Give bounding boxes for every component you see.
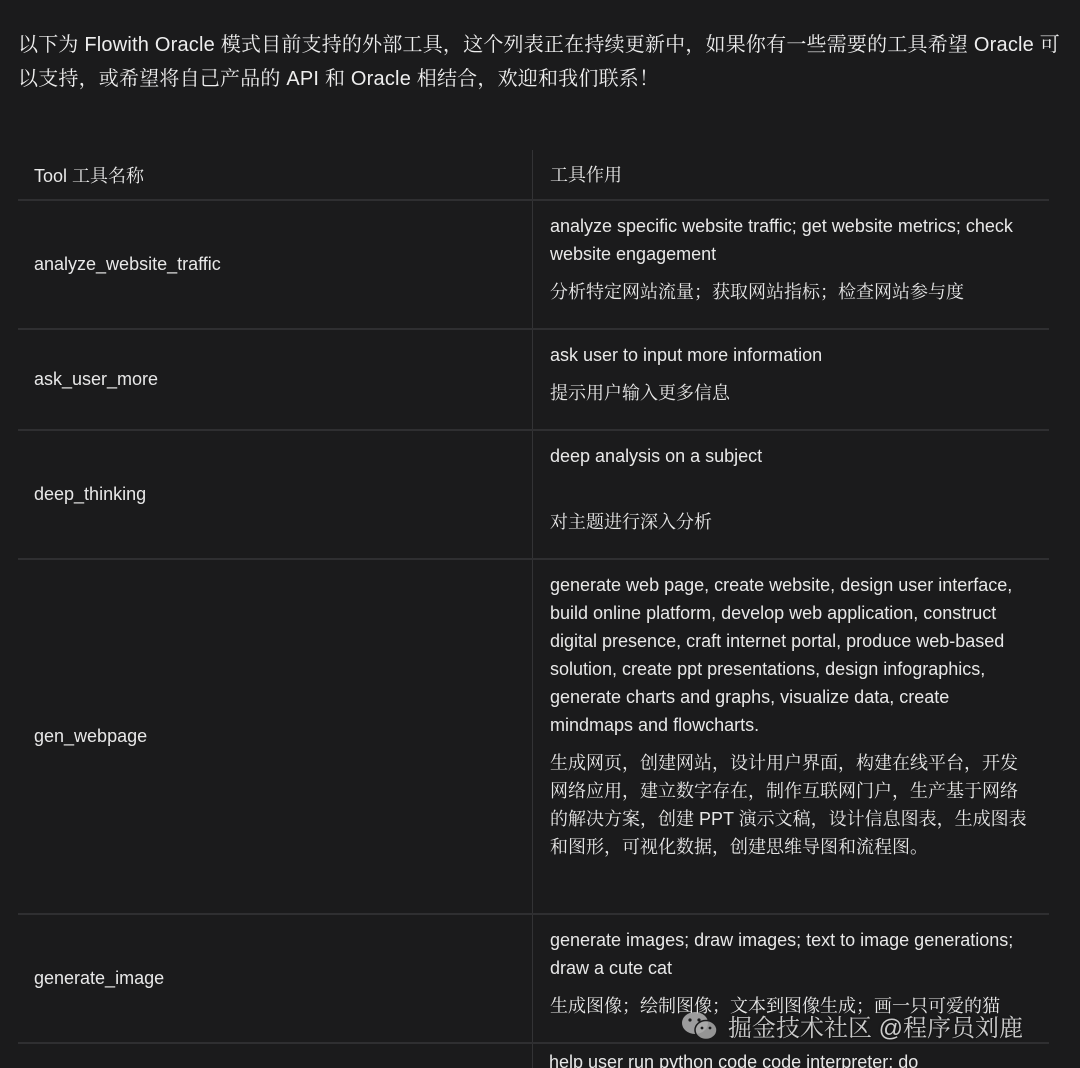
header-tool-purpose: 工具作用 xyxy=(533,150,1049,199)
description-zh: 对主题进行深入分析 xyxy=(550,508,1029,536)
table-row: analyze_website_traffic analyze specific… xyxy=(18,201,1049,330)
tool-name: deep_thinking xyxy=(18,431,533,558)
partial-next-row-description: help user run python code code interpret… xyxy=(549,1052,918,1068)
description-en: ask user to input more information xyxy=(550,341,1029,369)
tool-description: generate web page, create website, desig… xyxy=(533,560,1049,913)
watermark-text: 掘金技术社区 @程序员刘鹿 xyxy=(728,1008,1023,1043)
description-zh: 提示用户输入更多信息 xyxy=(550,379,1029,407)
table-row: deep_thinking deep analysis on a subject… xyxy=(18,431,1049,560)
header-tool-name: Tool 工具名称 xyxy=(18,150,533,199)
wechat-icon xyxy=(680,1009,720,1043)
table-row: gen_webpage generate web page, create we… xyxy=(18,560,1049,915)
table-header-row: Tool 工具名称 工具作用 xyxy=(18,150,1049,201)
description-zh: 生成网页，创建网站，设计用户界面，构建在线平台，开发网络应用，建立数字存在，制作… xyxy=(550,749,1029,861)
watermark: 掘金技术社区 @程序员刘鹿 xyxy=(680,1008,1023,1043)
description-en: deep analysis on a subject xyxy=(550,442,1029,470)
tools-table: Tool 工具名称 工具作用 analyze_website_traffic a… xyxy=(18,150,1049,1044)
tool-name: analyze_website_traffic xyxy=(18,201,533,328)
description-en: analyze specific website traffic; get we… xyxy=(550,212,1029,268)
tool-description: deep analysis on a subject 对主题进行深入分析 xyxy=(533,431,1049,558)
tool-name: gen_webpage xyxy=(18,560,533,913)
description-zh: 分析特定网站流量；获取网站指标；检查网站参与度 xyxy=(550,278,1029,306)
intro-paragraph: 以下为 Flowith Oracle 模式目前支持的外部工具，这个列表正在持续更… xyxy=(18,28,1068,96)
description-en: generate images; draw images; text to im… xyxy=(550,926,1029,982)
tool-name: generate_image xyxy=(18,915,533,1042)
tool-name: ask_user_more xyxy=(18,330,533,429)
table-row: ask_user_more ask user to input more inf… xyxy=(18,330,1049,431)
description-en: generate web page, create website, desig… xyxy=(550,571,1029,739)
tool-description: ask user to input more information 提示用户输… xyxy=(533,330,1049,429)
tool-description: analyze specific website traffic; get we… xyxy=(533,201,1049,328)
